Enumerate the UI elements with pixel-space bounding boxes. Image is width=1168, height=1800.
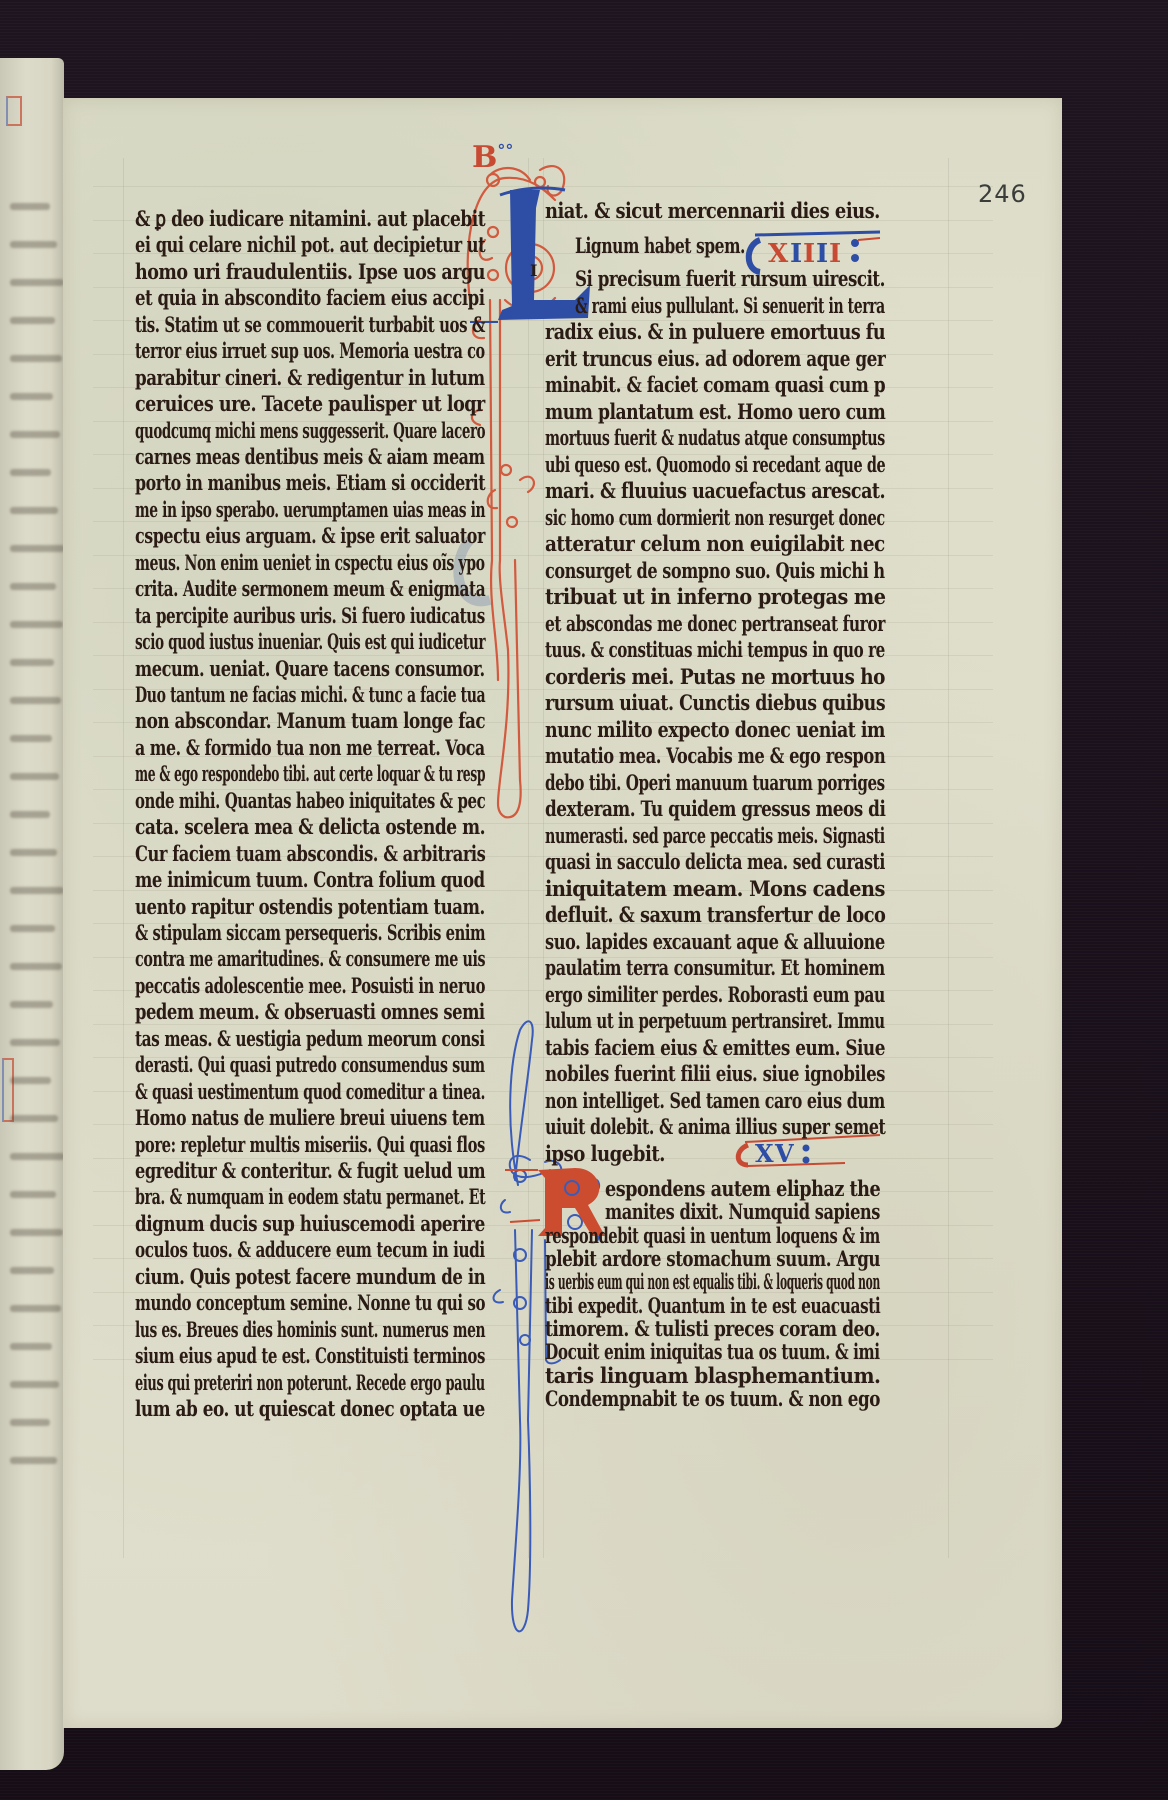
previous-leaf-text — [10, 1191, 56, 1198]
text-line: homo uri fraudulentiis. Ipse uos argu — [135, 260, 485, 284]
previous-leaf-text — [10, 241, 57, 248]
text-line: defluit. & saxum transfertur de loco — [545, 903, 885, 927]
text-line: radix eius. & in puluere emortuus fu — [545, 320, 885, 344]
previous-leaf-text — [10, 1267, 54, 1274]
text-line: debo tibi. Operi manuum tuarum porriges — [545, 771, 885, 795]
text-line: Docuit enim iniquitas tua os tuum. & imi — [545, 1340, 880, 1364]
text-line: tibi expedit. Quantum in te est euacuast… — [545, 1294, 880, 1318]
previous-leaf-text — [10, 621, 63, 628]
text-line: quasi in sacculo delicta mea. sed curast… — [545, 850, 885, 874]
text-line: tas meas. & uestigia pedum meorum consi — [135, 1027, 485, 1051]
text-line: cspectu eius arguam. & ipse erit saluato… — [135, 524, 485, 548]
previous-leaf-text — [10, 1381, 59, 1388]
text-line: rursum uiuat. Cunctis diebus quibus — [545, 691, 885, 715]
running-head-letter: B — [472, 140, 497, 175]
previous-leaf-text — [10, 583, 56, 590]
text-line: eius qui preteriri non poterunt. Recede … — [135, 1371, 485, 1395]
text-line: sium eius apud te est. Constituisti term… — [135, 1344, 485, 1368]
previous-leaf-text — [10, 849, 57, 856]
text-line: non abscondar. Manum tuam longe fac — [135, 709, 485, 733]
previous-leaf-text — [10, 431, 60, 438]
text-line: parabitur cineri. & redigentur in lutum — [135, 366, 485, 390]
text-line: peccatis adolescentie mee. Posuisti in n… — [135, 974, 485, 998]
text-line: espondens autem eliphaz the — [605, 1177, 880, 1201]
text-line: lus es. Breues dies hominis sunt. numeru… — [135, 1318, 485, 1342]
text-line: onde mihi. Quantas habeo iniquitates & p… — [135, 789, 485, 813]
text-line: minabit. & faciet comam quasi cum p — [545, 373, 885, 397]
text-line: me in ipso sperabo. uerumptamen uias mea… — [135, 498, 485, 522]
text-line: & rami eius pullulant. Si senuerit in te… — [575, 294, 885, 318]
previous-leaf-text — [10, 393, 53, 400]
text-line: uiuit dolebit. & anima illius super seme… — [545, 1115, 885, 1139]
text-line: tis. Statim ut se commouerit turbabit uo… — [135, 313, 485, 337]
text-line: mundo conceptum semine. Nonne tu qui so — [135, 1291, 485, 1315]
text-line: dignum ducis sup huiuscemodi aperire — [135, 1212, 485, 1236]
previous-leaf-initial — [6, 96, 22, 126]
previous-leaf-text — [10, 317, 55, 324]
running-head: B°° — [472, 140, 513, 175]
text-line: & ꝑ deo iudicare nitamini. aut placebit — [135, 207, 485, 231]
text-line: respondebit quasi in uentum loquens & im — [545, 1224, 880, 1248]
ruling-column-line — [543, 158, 544, 1558]
previous-leaf-text — [10, 697, 61, 704]
text-line: manites dixit. Numquid sapiens — [605, 1200, 880, 1224]
previous-leaf-text — [10, 925, 55, 932]
text-line: suo. lapides excauant aque & alluuione — [545, 930, 885, 954]
text-line: Cur faciem tuam abscondis. & arbitraris — [135, 842, 485, 866]
previous-leaf-text — [10, 1153, 64, 1160]
previous-leaf-text — [10, 1419, 50, 1426]
text-line: cium. Quis potest facere mundum de in — [135, 1265, 485, 1289]
previous-leaf-text — [10, 1305, 61, 1312]
text-line: ipso lugebit. — [545, 1142, 665, 1166]
text-line: scio quod iustus inueniar. Quis est qui … — [135, 630, 485, 654]
text-line: Homo natus de muliere breui uiuens tem — [135, 1106, 485, 1130]
previous-leaf-text — [10, 545, 64, 552]
text-line: plebit ardore stomachum suum. Argu — [545, 1247, 880, 1271]
previous-leaf-text — [10, 1115, 58, 1122]
previous-leaf-text — [10, 1077, 51, 1084]
text-line: nobiles fuerint filii eius. siue ignobil… — [545, 1062, 885, 1086]
previous-leaf-text — [10, 1039, 60, 1046]
text-line: pore: repletur multis miseriis. Qui quas… — [135, 1133, 485, 1157]
running-head-dots: °° — [497, 141, 513, 160]
text-line: cata. scelera mea & delicta ostende m. — [135, 815, 485, 839]
text-line: consurget de sompno suo. Quis michi h — [545, 559, 885, 583]
text-line: sic homo cum dormierit non resurget done… — [545, 506, 885, 530]
folio-number: 246 — [978, 180, 1027, 208]
text-line: mortuus fuerit & nudatus atque consumptu… — [545, 426, 885, 450]
text-line: pedem meum. & obseruasti omnes semi — [135, 1000, 485, 1024]
text-line: derasti. Qui quasi putredo consumendus s… — [135, 1053, 485, 1077]
text-line: & stipulam siccam persequeris. Scribis e… — [135, 921, 485, 945]
text-line: terror eius irruet sup uos. Memoria uest… — [135, 339, 485, 363]
text-line: et quia in abscondito faciem eius accipi — [135, 286, 485, 310]
text-line: mari. & fluuius uacuefactus arescat. — [545, 479, 885, 503]
text-line: timorem. & tulisti preces coram deo. — [545, 1317, 880, 1341]
text-line: me inimicum tuum. Contra folium quod — [135, 868, 485, 892]
previous-leaf-text — [10, 811, 50, 818]
previous-leaf-text — [10, 735, 52, 742]
ruling-column-line — [528, 158, 529, 1558]
text-line: mutatio mea. Vocabis me & ego respon — [545, 744, 885, 768]
text-line: numerasti. sed parce peccatis meis. Sign… — [545, 824, 885, 848]
previous-leaf-text — [10, 355, 62, 362]
text-line: tabis faciem eius & emittes eum. Siue — [545, 1036, 885, 1060]
text-line: Duo tantum ne facias michi. & tunc a fac… — [135, 683, 485, 707]
previous-leaf-initial — [2, 1058, 14, 1122]
previous-leaf-text — [10, 659, 54, 666]
text-line: lulum ut in perpetuum pertransiret. Immu — [545, 1009, 885, 1033]
previous-leaf-text — [10, 1457, 57, 1464]
previous-leaf-text — [10, 469, 51, 476]
ruling-column-line — [948, 158, 949, 1558]
previous-leaf-text — [10, 279, 64, 286]
text-line: tuus. & constituas michi tempus in quo r… — [545, 638, 885, 662]
previous-leaf-text — [10, 1001, 53, 1008]
text-line: porto in manibus meis. Etiam si occideri… — [135, 471, 485, 495]
previous-leaf-text — [10, 887, 64, 894]
text-line: egreditur & conteritur. & fugit uelud um — [135, 1159, 485, 1183]
previous-leaf-text — [10, 203, 50, 210]
text-line: crita. Audite sermonem meum & enigmata — [135, 577, 485, 601]
text-line: atteratur celum non euigilabit nec — [545, 532, 885, 556]
previous-leaf-text — [10, 507, 58, 514]
previous-leaf-text — [10, 1229, 63, 1236]
text-line: Si precisum fuerit rursum uirescit. — [575, 267, 885, 291]
text-line: Lignum habet spem. — [575, 234, 745, 258]
text-line: dexteram. Tu quidem gressus meos di — [545, 797, 885, 821]
text-line: nunc milito expecto donec ueniat im — [545, 718, 885, 742]
text-line: bra. & numquam in eodem statu permanet. … — [135, 1185, 485, 1209]
text-line: & quasi uestimentum quod comeditur a tin… — [135, 1080, 485, 1104]
text-line: uento rapitur ostendis potentiam tuam. — [135, 895, 485, 919]
text-line: me & ego respondebo tibi. aut certe loqu… — [135, 762, 485, 786]
text-line: Condempnabit te os tuum. & non ego — [545, 1387, 880, 1411]
text-line: niat. & sicut mercennarii dies eius. — [545, 199, 880, 223]
text-line: a me. & formido tua non me terreat. Voca — [135, 736, 485, 760]
text-line: quodcumq michi mens suggesserit. Quare l… — [135, 419, 485, 443]
text-line: ta percipite auribus uris. Si fuero iudi… — [135, 604, 485, 628]
text-line: erit truncus eius. ad odorem aque ger — [545, 347, 885, 371]
text-line: et abscondas me donec pertranseat furor — [545, 612, 885, 636]
text-line: carnes meas dentibus meis & aiam meam — [135, 445, 485, 469]
previous-leaf-edge — [0, 58, 64, 1770]
text-line: non intelliget. Sed tamen caro eius dum — [545, 1089, 885, 1113]
text-line: ergo similiter perdes. Roborasti eum pau — [545, 983, 885, 1007]
text-line: mum plantatum est. Homo uero cum — [545, 400, 885, 424]
text-line: oculos tuos. & adducere eum tecum in iud… — [135, 1238, 485, 1262]
previous-leaf-text — [10, 963, 62, 970]
ruling-column-line — [123, 158, 124, 1558]
text-line: iniquitatem meam. Mons cadens — [545, 877, 885, 901]
text-line: ubi queso est. Quomodo si recedant aque … — [545, 453, 885, 477]
text-line: taris linguam blasphemantium. — [545, 1364, 880, 1388]
text-line: lum ab eo. ut quiescat donec optata ue — [135, 1397, 485, 1421]
text-line: is uerbis eum qui non est equalis tibi. … — [545, 1270, 880, 1294]
text-line: paulatim terra consumitur. Et hominem — [545, 956, 885, 980]
text-line: ei qui celare nichil pot. aut decipietur… — [135, 233, 485, 257]
text-line: mecum. ueniat. Quare tacens consumor. — [135, 657, 485, 681]
text-line: corderis mei. Putas ne mortuus ho — [545, 665, 885, 689]
text-line: tribuat ut in inferno protegas me — [545, 585, 885, 609]
previous-leaf-text — [10, 773, 59, 780]
text-line: contra me amaritudines. & consumere me u… — [135, 947, 485, 971]
text-line: meus. Non enim ueniet in cspectu eius oĩ… — [135, 551, 485, 575]
previous-leaf-text — [10, 1343, 52, 1350]
text-line: ceruices ure. Tacete paulisper ut loqr — [135, 392, 485, 416]
